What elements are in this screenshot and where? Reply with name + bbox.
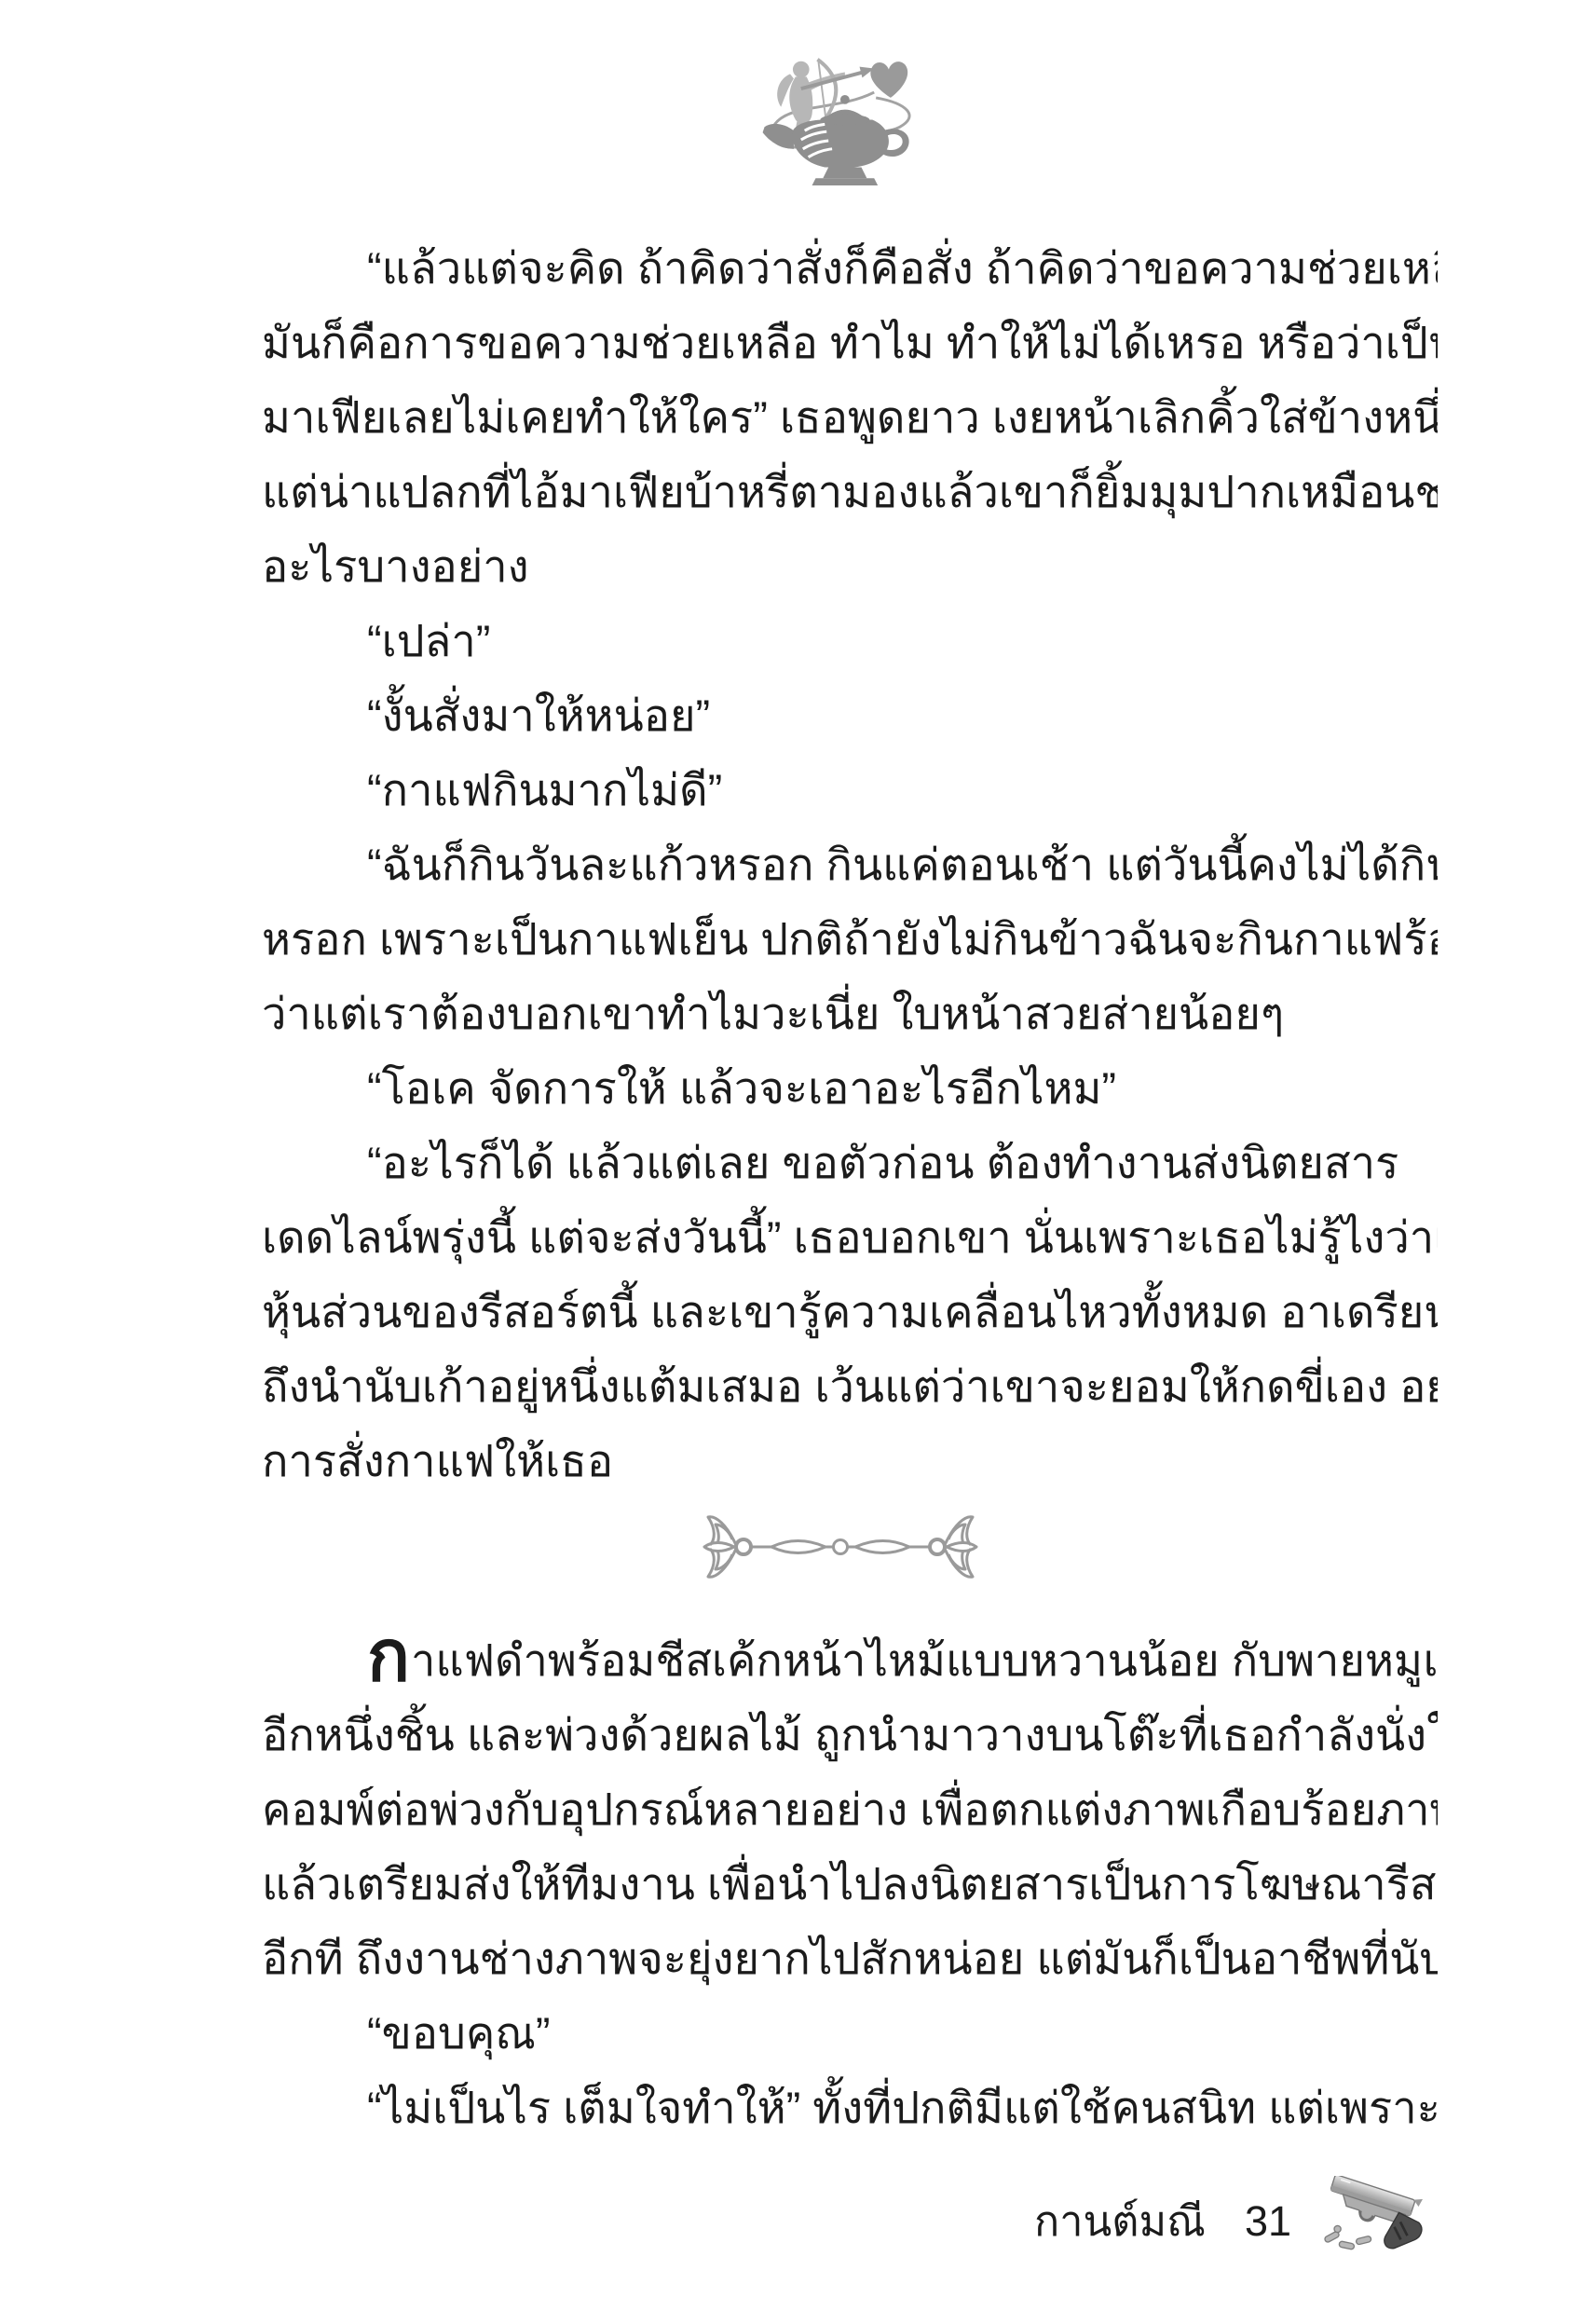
text-line: หรอก เพราะเป็นกาแฟเย็น ปกติถ้ายังไม่กินข… — [262, 902, 1438, 977]
text-line: เดดไลน์พรุ่งนี้ แต่จะส่งวันนี้” เธอบอกเข… — [262, 1200, 1438, 1275]
book-page: “แล้วแต่จะคิด ถ้าคิดว่าสั่งก็คือสั่ง ถ้า… — [0, 0, 1596, 2311]
pistol-icon — [1317, 2176, 1435, 2265]
text-line: “ฉันก็กินวันละแก้วหรอก กินแค่ตอนเช้า แต่… — [262, 827, 1438, 902]
text-line: การสั่งกาแฟให้เธอ — [262, 1424, 1438, 1498]
cupid-lamp-ornament-icon — [736, 47, 939, 188]
text-line: อีกหนึ่งชิ้น และพ่วงด้วยผลไม้ ถูกนำมาวาง… — [262, 1698, 1438, 1772]
text-line: มาเฟียเลยไม่เคยทำให้ใคร” เธอพูดยาว เงยหน… — [262, 380, 1438, 455]
text-line: “ขอบคุณ” — [262, 1996, 1438, 2071]
text-line: ว่าแต่เราต้องบอกเขาทำไมวะเนี่ย ใบหน้าสวย… — [262, 977, 1438, 1051]
text-line: “อะไรก็ได้ แล้วแต่เลย ขอตัวก่อน ต้องทำงา… — [262, 1126, 1438, 1200]
text-line: แล้วเตรียมส่งให้ทีมงาน เพื่อนำไปลงนิตยสา… — [262, 1847, 1438, 1921]
text-line: “เปล่า” — [262, 604, 1438, 678]
text-line: “กาแฟกินมากไม่ดี” — [262, 753, 1438, 827]
text-line: “โอเค จัดการให้ แล้วจะเอาอะไรอีกไหม” — [262, 1051, 1438, 1126]
text-line: “ไม่เป็นไร เต็มใจทำให้” ทั้งที่ปกติมีแต่… — [262, 2071, 1438, 2145]
text-line: คอมพ์ต่อพ่วงกับอุปกรณ์หลายอย่าง เพื่อตกแ… — [262, 1772, 1438, 1847]
text-line: หุ้นส่วนของรีสอร์ตนี้ และเขารู้ความเคลื่… — [262, 1275, 1438, 1349]
page-number: 31 — [1245, 2200, 1291, 2242]
text-line: อะไรบางอย่าง — [262, 529, 1438, 604]
text-line: ถึงนำนับเก้าอยู่หนึ่งแต้มเสมอ เว้นแต่ว่า… — [262, 1349, 1438, 1424]
text-section-1: “แล้วแต่จะคิด ถ้าคิดว่าสั่งก็คือสั่ง ถ้า… — [262, 231, 1438, 1503]
running-title: กานต์มณี — [1034, 2200, 1206, 2242]
floral-divider-icon — [701, 1502, 980, 1592]
text-line: แต่น่าแปลกที่ไอ้มาเฟียบ้าหรี่ตามองแล้วเข… — [262, 455, 1438, 529]
text-line: “แล้วแต่จะคิด ถ้าคิดว่าสั่งก็คือสั่ง ถ้า… — [262, 231, 1438, 306]
text-line: “งั้นสั่งมาให้หน่อย” — [262, 678, 1438, 753]
text-line: อีกที ถึงงานช่างภาพจะยุ่งยากไปสักหน่อย แ… — [262, 1921, 1438, 1996]
drop-cap: ก — [367, 1623, 411, 1696]
page-footer: กานต์มณี 31 — [932, 2169, 1435, 2272]
text-section-2: กาแฟดำพร้อมชีสเค้กหน้าไหม้แบบหวานน้อย กั… — [262, 1623, 1438, 2150]
text-line: มันก็คือการขอความช่วยเหลือ ทำไม ทำให้ไม่… — [262, 306, 1438, 380]
text-line: กาแฟดำพร้อมชีสเค้กหน้าไหม้แบบหวานน้อย กั… — [262, 1623, 1438, 1698]
